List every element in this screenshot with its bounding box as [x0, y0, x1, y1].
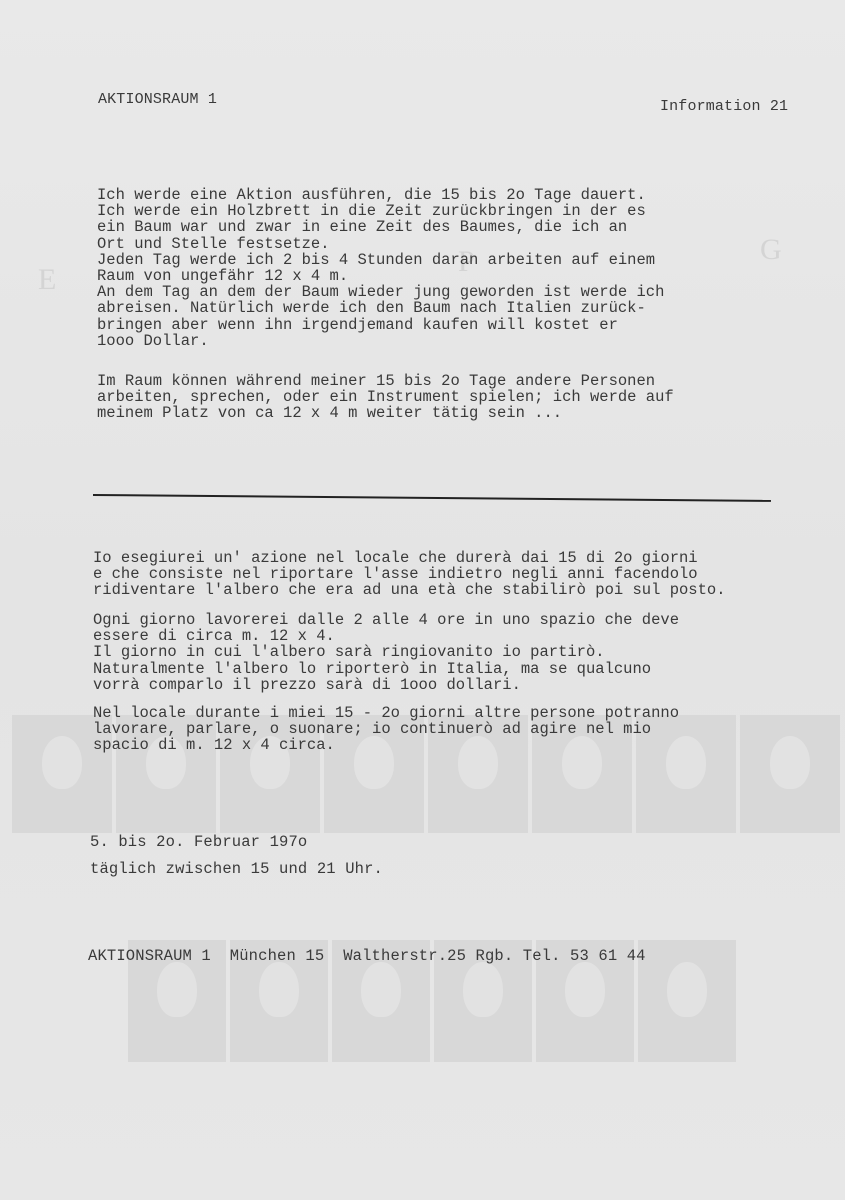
german-paragraph-2: Im Raum können während meiner 15 bis 2o … — [97, 373, 674, 422]
text-line: ein Baum war und zwar in eine Zeit des B… — [97, 219, 664, 235]
document-page: E P G AKTIONSRAUM 1 Information 21 Ich w… — [0, 0, 845, 1200]
footer-address: AKTIONSRAUM 1 München 15 Waltherstr.25 R… — [88, 948, 646, 964]
text-line: Io esegiurei un' azione nel locale che d… — [93, 550, 726, 566]
text-line: lavorare, parlare, o suonare; io continu… — [93, 721, 679, 737]
text-line: Nel locale durante i miei 15 - 2o giorni… — [93, 705, 679, 721]
text-line: Ich werde ein Holzbrett in die Zeit zurü… — [97, 203, 664, 219]
text-line: essere di circa m. 12 x 4. — [93, 628, 679, 644]
text-line: Jeden Tag werde ich 2 bis 4 Stunden dara… — [97, 252, 664, 268]
text-line: Ich werde eine Aktion ausführen, die 15 … — [97, 187, 664, 203]
italian-paragraph-2: Ogni giorno lavorerei dalle 2 alle 4 ore… — [93, 612, 679, 693]
header-title: AKTIONSRAUM 1 — [98, 92, 217, 108]
header-info-number: Information 21 — [660, 99, 788, 115]
italian-paragraph-3: Nel locale durante i miei 15 - 2o giorni… — [93, 705, 679, 754]
ghost-letter: E — [38, 263, 56, 297]
text-line: Im Raum können während meiner 15 bis 2o … — [97, 373, 674, 389]
date-range: 5. bis 2o. Februar 197o — [90, 834, 307, 850]
section-divider — [93, 494, 771, 502]
german-paragraph-1: Ich werde eine Aktion ausführen, die 15 … — [97, 187, 664, 349]
text-line: vorrà comparlo il prezzo sarà di 1ooo do… — [93, 677, 679, 693]
text-line: e che consiste nel riportare l'asse indi… — [93, 566, 726, 582]
text-line: 1ooo Dollar. — [97, 333, 664, 349]
text-line: Il giorno in cui l'albero sarà ringiovan… — [93, 644, 679, 660]
ghost-letter: G — [760, 233, 782, 267]
italian-paragraph-1: Io esegiurei un' azione nel locale che d… — [93, 550, 726, 599]
portrait-photo — [638, 940, 736, 1062]
text-line: bringen aber wenn ihn irgendjemand kaufe… — [97, 317, 664, 333]
portrait-photo — [740, 715, 840, 833]
daily-hours: täglich zwischen 15 und 21 Uhr. — [90, 861, 383, 877]
text-line: spacio di m. 12 x 4 circa. — [93, 737, 679, 753]
text-line: Naturalmente l'albero lo riporterò in It… — [93, 661, 679, 677]
text-line: Ort und Stelle festsetze. — [97, 236, 664, 252]
text-line: Ogni giorno lavorerei dalle 2 alle 4 ore… — [93, 612, 679, 628]
text-line: abreisen. Natürlich werde ich den Baum n… — [97, 300, 664, 316]
text-line: meinem Platz von ca 12 x 4 m weiter täti… — [97, 405, 674, 421]
text-line: An dem Tag an dem der Baum wieder jung g… — [97, 284, 664, 300]
text-line: Raum von ungefähr 12 x 4 m. — [97, 268, 664, 284]
text-line: ridiventare l'albero che era ad una età … — [93, 582, 726, 598]
text-line: arbeiten, sprechen, oder ein Instrument … — [97, 389, 674, 405]
